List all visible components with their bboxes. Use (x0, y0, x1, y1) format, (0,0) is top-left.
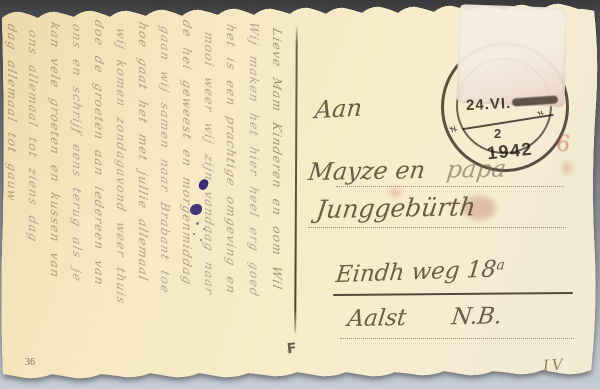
message-line: Wij maken het hier heel erg goed (247, 21, 261, 369)
address-salutation: Aan (314, 96, 363, 123)
message-line: kan vele groeten en kussen van (48, 21, 62, 369)
postcard-photo: Lieve Mam Kinderen en oom Wil Wij maken … (0, 0, 600, 389)
message-line: ons allemaal tot ziens dag (26, 29, 40, 377)
address-street: Eindh weg 18a (335, 258, 506, 287)
ink-speck (196, 222, 199, 225)
message-line: de hei geweest en morgenmiddag (180, 19, 194, 367)
address-recipient-light: papa (445, 155, 508, 184)
ink-speck (203, 228, 205, 230)
address-dotted-line (308, 227, 566, 228)
message-line: wij komen zondagavond weer thuis (114, 27, 128, 375)
address-dotted-line (336, 186, 564, 187)
message-line: het is een prachtige omgeving en (224, 23, 238, 371)
address-street-superscript: a (496, 257, 506, 273)
message-line: mooi weer wij zijn vandaag naar (202, 31, 216, 379)
printer-mark-icon: ₣ (285, 341, 296, 358)
removed-stamp-patch (456, 4, 567, 107)
ink-speck (200, 239, 202, 241)
address-recipient: Mayze en papa (307, 157, 507, 185)
message-line: hoe gaat het met jullie allemaal (136, 21, 150, 369)
message-line: gaan wij samen naar Brabant toe (158, 25, 172, 373)
message-line: dag allemaal tot gauw (5, 23, 19, 371)
address-family-name: Junggebürth (315, 194, 477, 222)
postmark-index: 2 (494, 126, 501, 141)
message-line: doe de groeten aan iedereen van (92, 19, 106, 367)
address-recipient-main: Mayze en (307, 156, 427, 186)
address-dotted-line (340, 338, 574, 339)
card-number: 36 (25, 357, 35, 368)
postmark-date: 24.VI. (466, 95, 512, 114)
message-line: Lieve Mam Kinderen en oom Wil (270, 27, 284, 375)
corner-note: IV (542, 355, 566, 375)
ink-speck (193, 233, 195, 235)
address-city-text: Aalst (346, 305, 408, 332)
address-province-text: N.B. (450, 303, 503, 330)
address-city: Aalst N.B. (346, 305, 503, 331)
message-line: ons en schrijf eens terug als je (70, 23, 84, 371)
stain-smudge (563, 162, 571, 174)
